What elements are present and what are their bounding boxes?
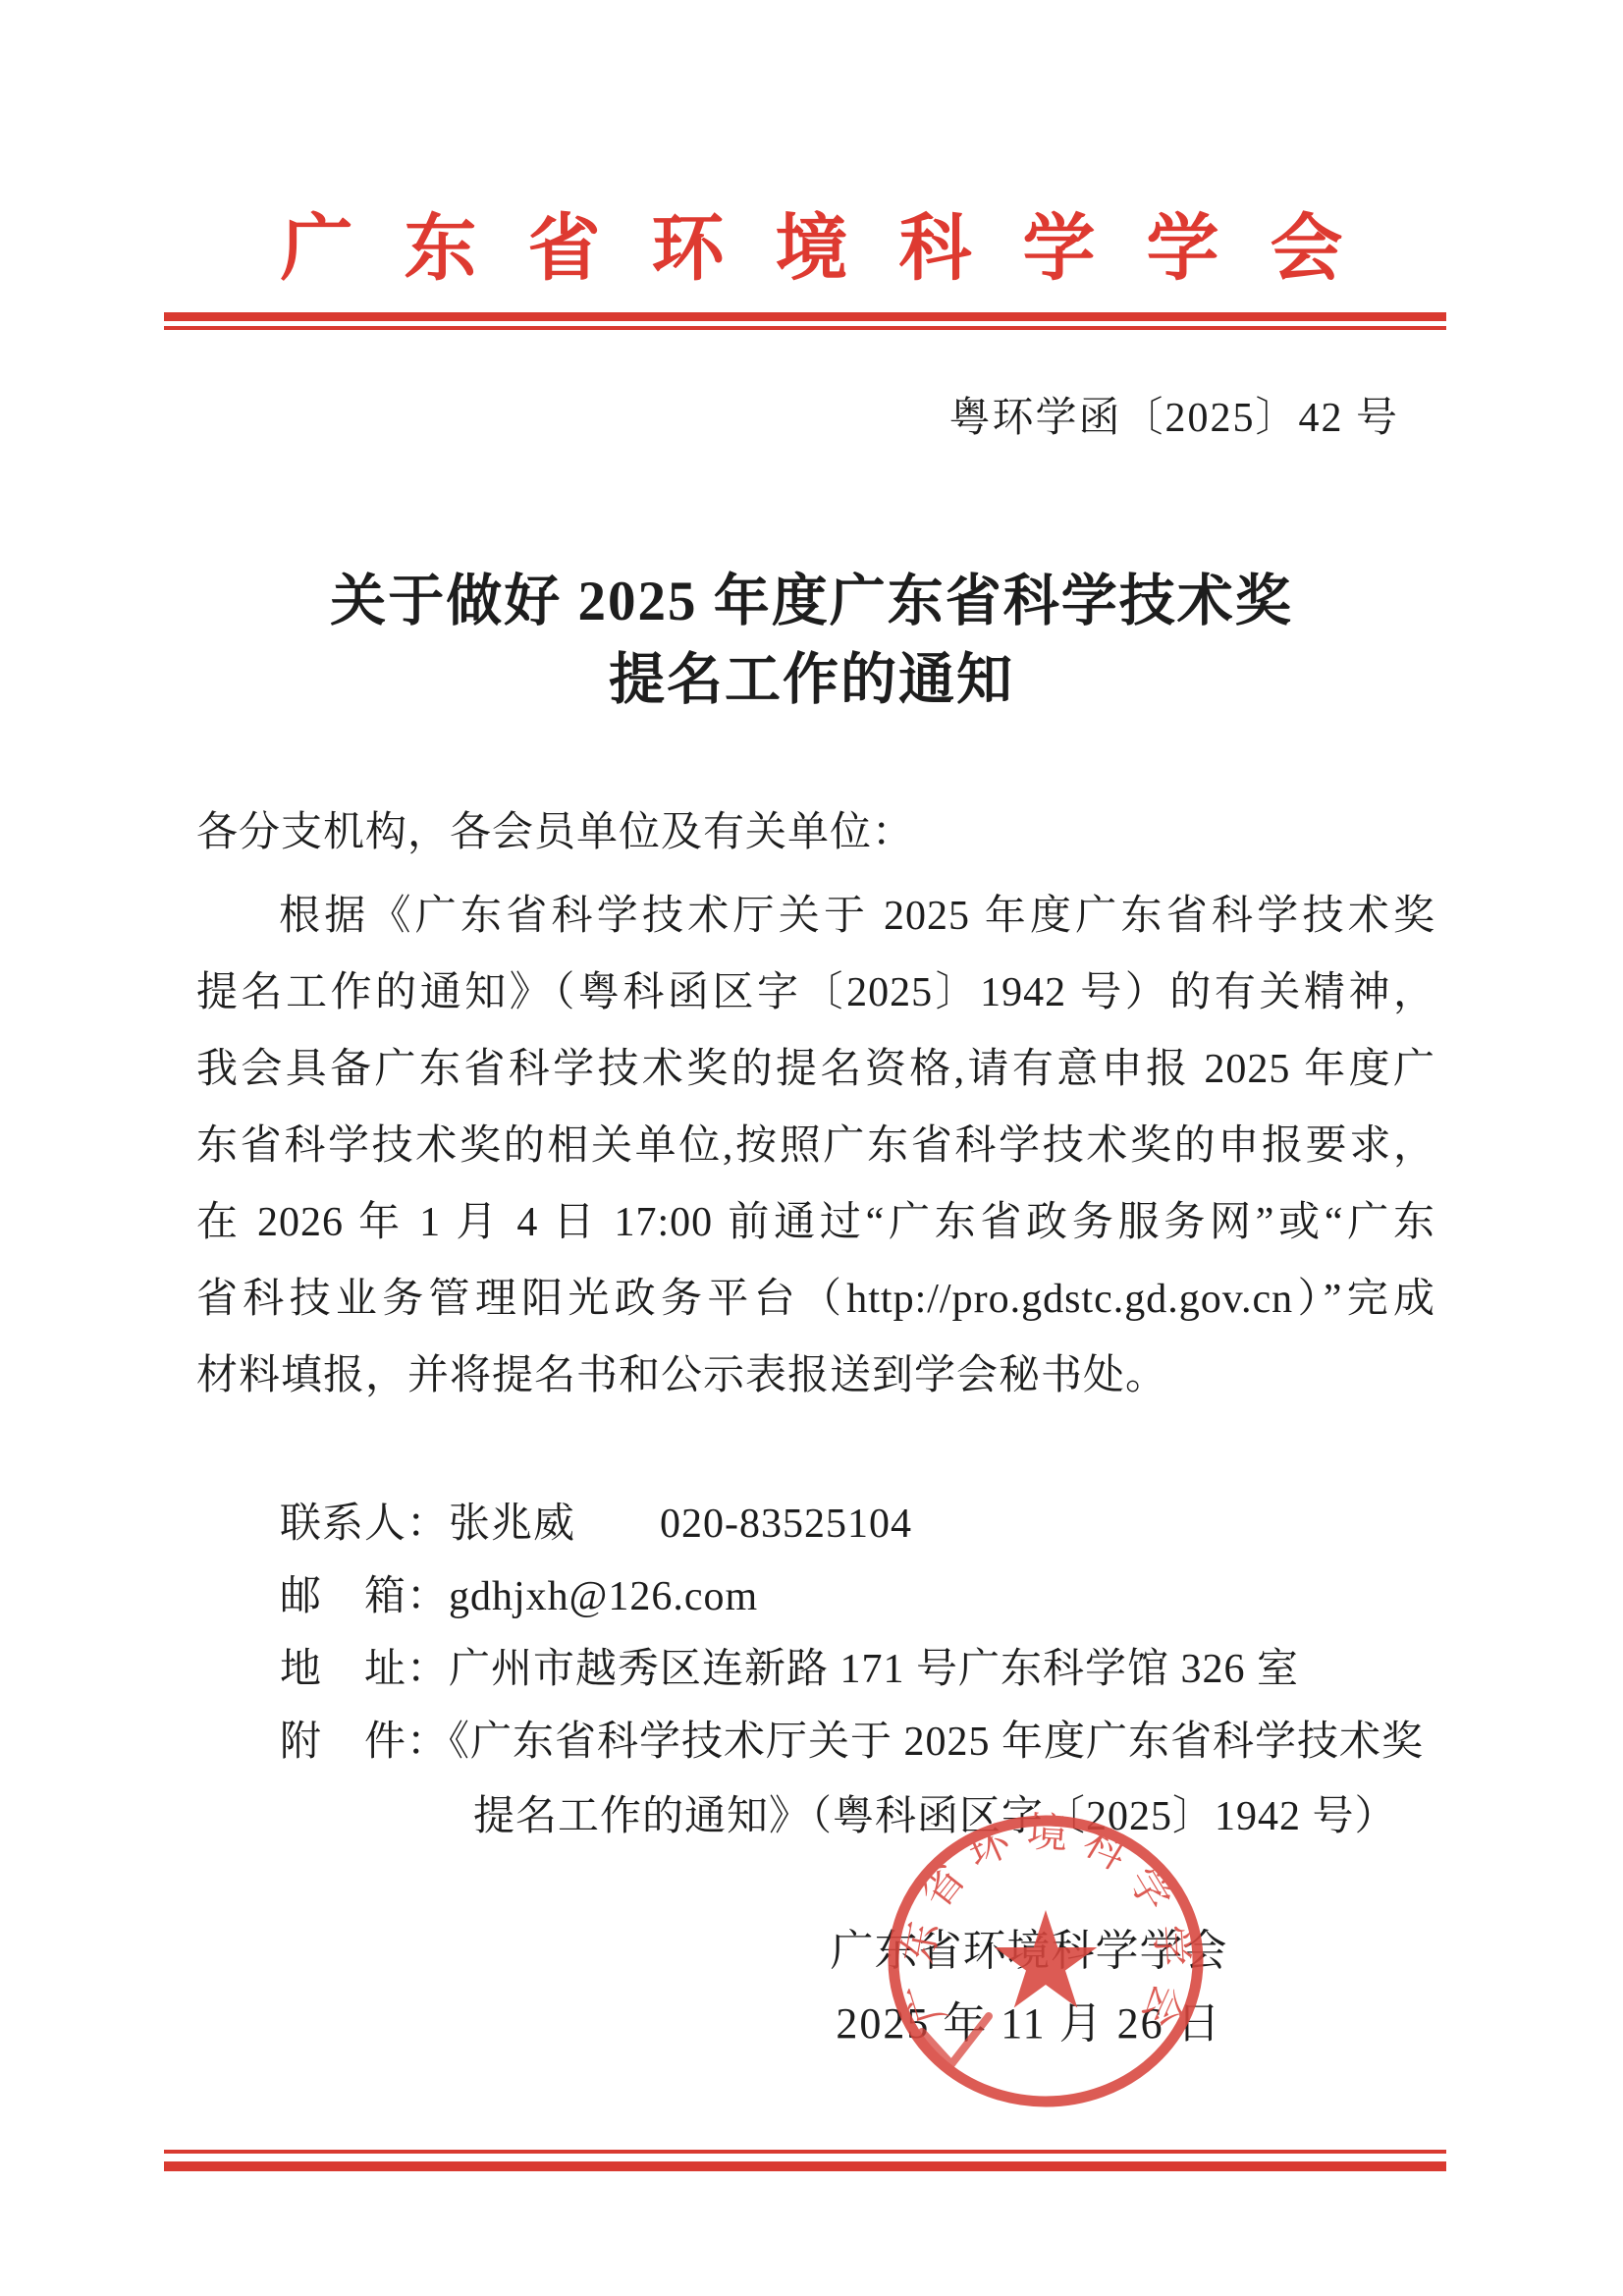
body-line: 根据《广东省科学技术厅关于 2025 年度广东省科学技术奖 (196, 887, 1435, 947)
body-line: 省科技业务管理阳光政务平台（http://pro.gdstc.gd.gov.cn… (196, 1270, 1435, 1330)
document-page: 广东省环境科学学会 粤环学函〔2025〕42 号 关于做好 2025 年度广东省… (0, 0, 1623, 2296)
header-rule-thick (164, 312, 1446, 321)
notice-title-line2: 提名工作的通知 (0, 634, 1623, 715)
contact-value: gdhjxh@126.com (449, 1574, 758, 1619)
signature-date: 2025 年 11 月 26 日 (823, 1988, 1235, 2050)
body-line: 在 2026 年 1 月 4 日 17:00 前通过“广东省政务服务网”或“广东 (196, 1193, 1435, 1253)
contact-value: 《广东省科学技术厅关于 2025 年度广东省科学技术奖 (449, 1720, 1424, 1765)
body-line: 我会具备广东省科学技术奖的提名资格,请有意申报 2025 年度广 (196, 1040, 1435, 1100)
salutation: 各分支机构，各会员单位及有关单位： (196, 803, 1435, 863)
contact-label: 地 址： (280, 1647, 449, 1692)
body-line: 提名工作的通知》（粤科函区字〔2025〕1942 号）的有关精神， (196, 963, 1435, 1023)
footer-rule-thick (164, 2161, 1446, 2171)
letterhead-org-name: 广东省环境科学学会 (0, 210, 1623, 290)
footer-rule-thin (164, 2150, 1446, 2154)
header-rule-thin (164, 326, 1446, 330)
contact-value: 广州市越秀区连新路 171 号广东科学馆 326 室 (449, 1647, 1299, 1692)
contact-label: 联系人： (280, 1502, 449, 1547)
contact-label: 邮 箱： (280, 1574, 449, 1619)
attachment-continuation: 提名工作的通知》（粤科函区字〔2025〕1942 号） (473, 1783, 1397, 1842)
contact-label: 附 件： (280, 1720, 449, 1765)
body-line: 东省科学技术奖的相关单位,按照广东省科学技术奖的申报要求， (196, 1117, 1435, 1176)
signature-org: 广东省环境科学学会 (823, 1915, 1235, 1978)
doc-number: 粤环学函〔2025〕42 号 (948, 385, 1399, 444)
body-line: 材料填报，并将提名书和公示表报送到学会秘书处。 (196, 1346, 1435, 1406)
contact-row-attachment: 附 件：《广东省科学技术厅关于 2025 年度广东省科学技术奖 (280, 1709, 1424, 1768)
contact-value: 张兆威 020-83525104 (449, 1502, 912, 1547)
contact-row-person: 联系人：张兆威 020-83525104 (280, 1491, 912, 1550)
contact-row-email: 邮 箱：gdhjxh@126.com (280, 1563, 758, 1622)
contact-row-address: 地 址：广州市越秀区连新路 171 号广东科学馆 326 室 (280, 1636, 1299, 1695)
notice-title-line1: 关于做好 2025 年度广东省科学技术奖 (0, 556, 1623, 636)
